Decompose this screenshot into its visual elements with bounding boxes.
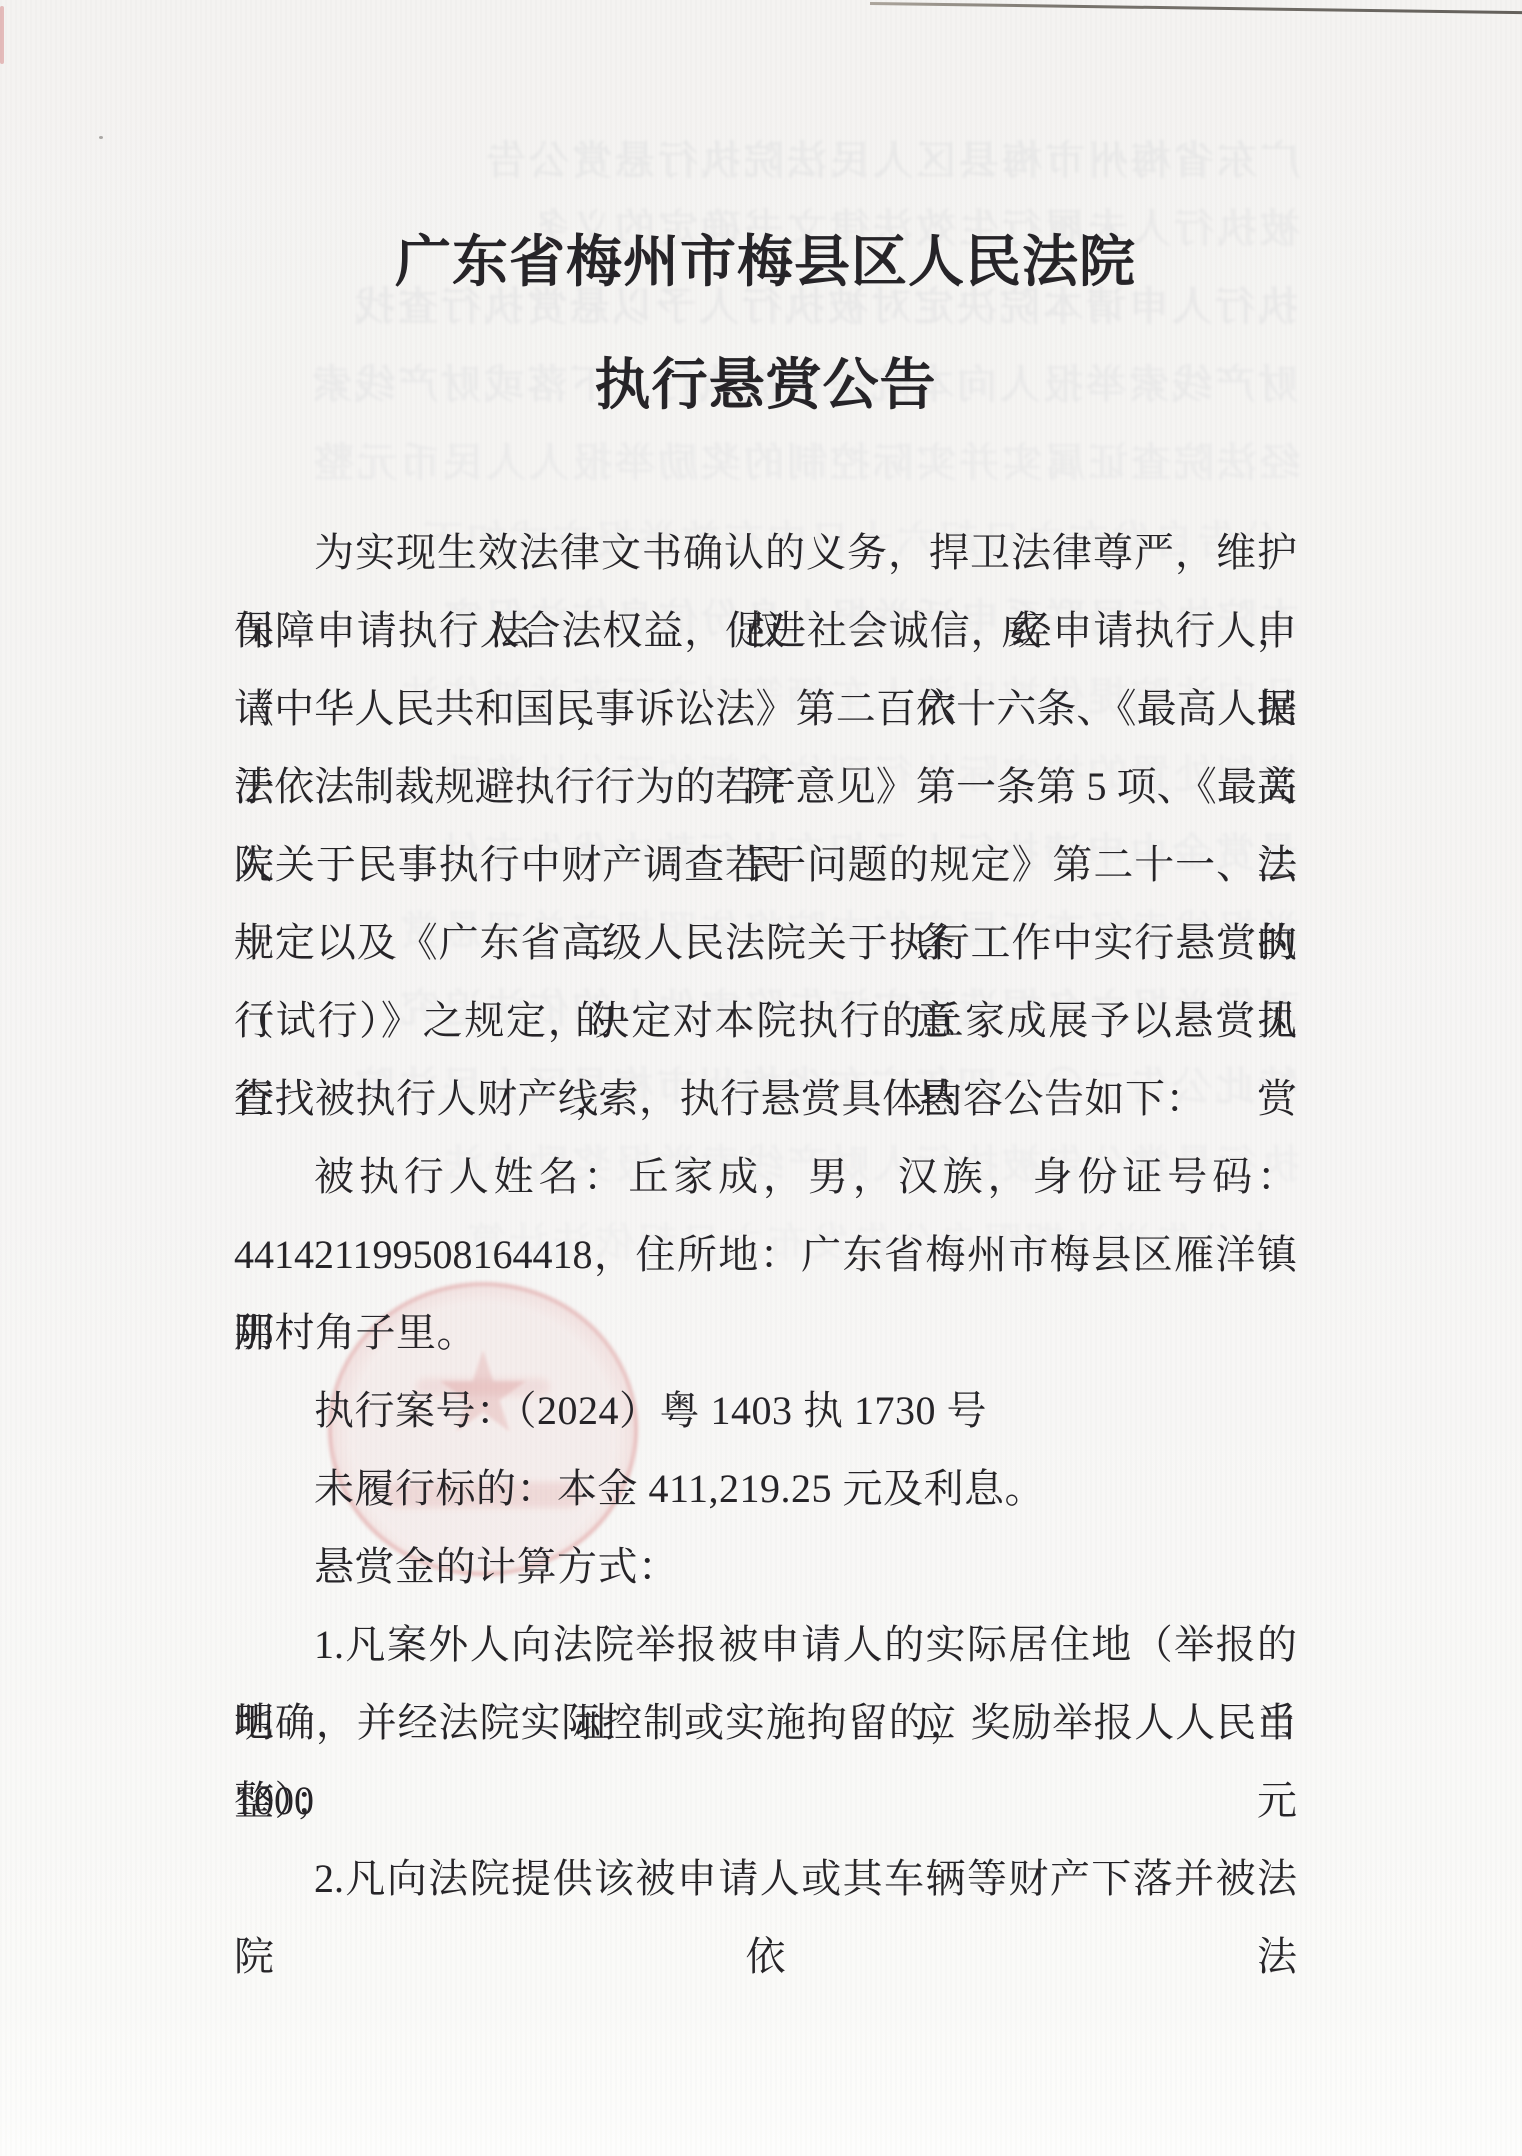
scanned-document-page: { "title": { "line1": "广东省梅州市梅县区人民法院", "… <box>0 0 1522 2156</box>
body-line: 被执行人姓名：丘家成，男，汉族，身份证号码： <box>234 1138 1297 1216</box>
body-line: 查找被执行人财产线索，执行悬赏具体内容公告如下： <box>234 1060 1297 1138</box>
body-line: 《中华人民共和国民事诉讼法》第二百六十六条、《最高人民法院关 <box>234 670 1297 748</box>
body-line: （试行）》之规定，决定对本院执行的丘家成展予以悬赏执行，悬赏 <box>234 982 1297 1060</box>
body-line: 保障申请执行人合法权益，促进社会诚信，经申请执行人申请，依据 <box>234 592 1297 670</box>
body-line: 院关于民事执行中财产调查若干问题的规定》第二十一、二十二条的 <box>234 826 1297 904</box>
body-line: 441421199508164418，住所地：广东省梅州市梅县区雁洋镇阴 <box>234 1216 1297 1294</box>
document-content: 广东省梅州市梅县区人民法院 执行悬赏公告 为实现生效法律文书确认的义务，捍卫法律… <box>0 0 1522 2156</box>
body-line: 1.凡案外人向法院举报被申请人的实际居住地（举报的地址应当 <box>234 1606 1297 1684</box>
body-line: 悬赏金的计算方式： <box>234 1528 1297 1606</box>
body-line: 执行案号：（2024）粤 1403 执 1730 号 <box>234 1372 1297 1450</box>
body-line: 那村角子里。 <box>234 1294 1297 1372</box>
document-title-court-name: 广东省梅州市梅县区人民法院 <box>234 218 1297 298</box>
body-line: 于依法制裁规避执行行为的若干意见》第一条第 5 项、《最高人民法 <box>234 748 1297 826</box>
document-body: 为实现生效法律文书确认的义务，捍卫法律尊严，维护司法权威，保障申请执行人合法权益… <box>234 514 1297 1918</box>
document-title-announcement: 执行悬赏公告 <box>234 341 1297 421</box>
body-line: 2.凡向法院提供该被申请人或其车辆等财产下落并被法院依法 <box>234 1840 1297 1918</box>
body-line: 明确，并经法院实际控制或实施拘留的，奖励举报人人民币 1000 元 <box>234 1684 1297 1762</box>
body-line: 为实现生效法律文书确认的义务，捍卫法律尊严，维护司法权威， <box>234 514 1297 592</box>
body-line: 规定以及《广东省高级人民法院关于执行工作中实行悬赏执行的意见 <box>234 904 1297 982</box>
body-line: 未履行标的：本金 411,219.25 元及利息。 <box>234 1450 1297 1528</box>
